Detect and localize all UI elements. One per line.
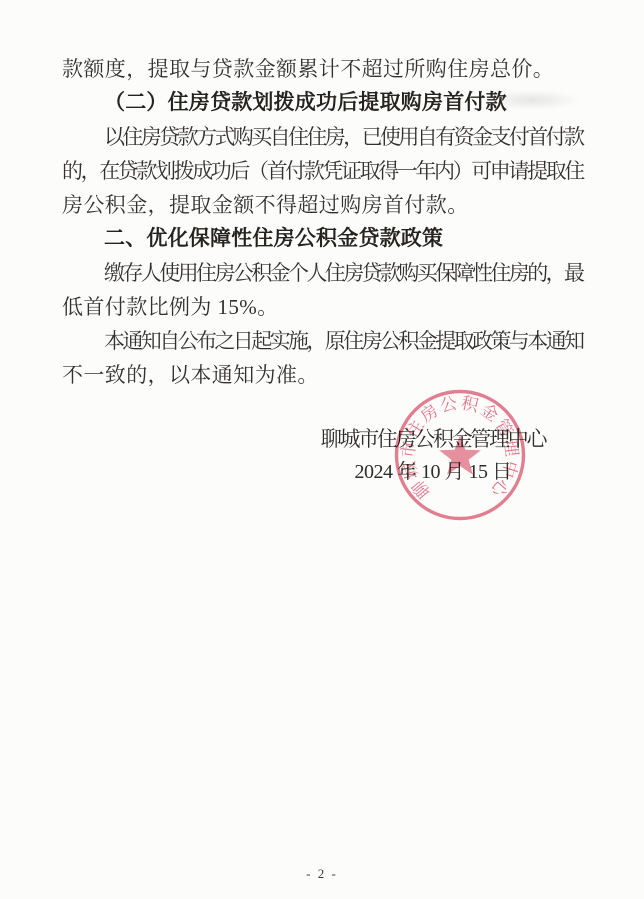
body-line: 低首付款比例为 15%。 — [62, 290, 583, 324]
section-heading-1: 二、优化保障性住房公积金贷款政策 — [62, 222, 583, 256]
scanned-document-page: 款额度，提取与贷款金额累计不超过所购住房总价。 （二）住房贷款划拨成功后提取购房… — [0, 0, 644, 899]
body-line: 款额度，提取与贷款金额累计不超过所购住房总价。 — [62, 52, 583, 86]
body-line: 本通知自公布之日起实施，原住房公积金提取政策与本通知 — [62, 324, 583, 358]
body-line: 房公积金，提取金额不得超过购房首付款。 — [62, 188, 583, 222]
body-line: 不一致的，以本通知为准。 — [62, 358, 583, 392]
body-line: 缴存人使用住房公积金个人住房贷款购买保障性住房的，最 — [62, 256, 583, 290]
signature-organization: 聊城市住房公积金管理中心 — [316, 422, 550, 456]
signature-block: 聊城市住房公积金管理中心 2024 年 10 月 15 日 — [316, 422, 550, 488]
page-number: - 2 - — [0, 866, 644, 882]
scan-smudge — [482, 90, 582, 110]
body-line: 的，在贷款划拨成功后（首付款凭证取得一年内）可申请提取住 — [62, 154, 583, 188]
signature-date: 2024 年 10 月 15 日 — [316, 456, 550, 488]
body-line: 以住房贷款方式购买自住住房，已使用自有资金支付首付款 — [62, 120, 583, 154]
